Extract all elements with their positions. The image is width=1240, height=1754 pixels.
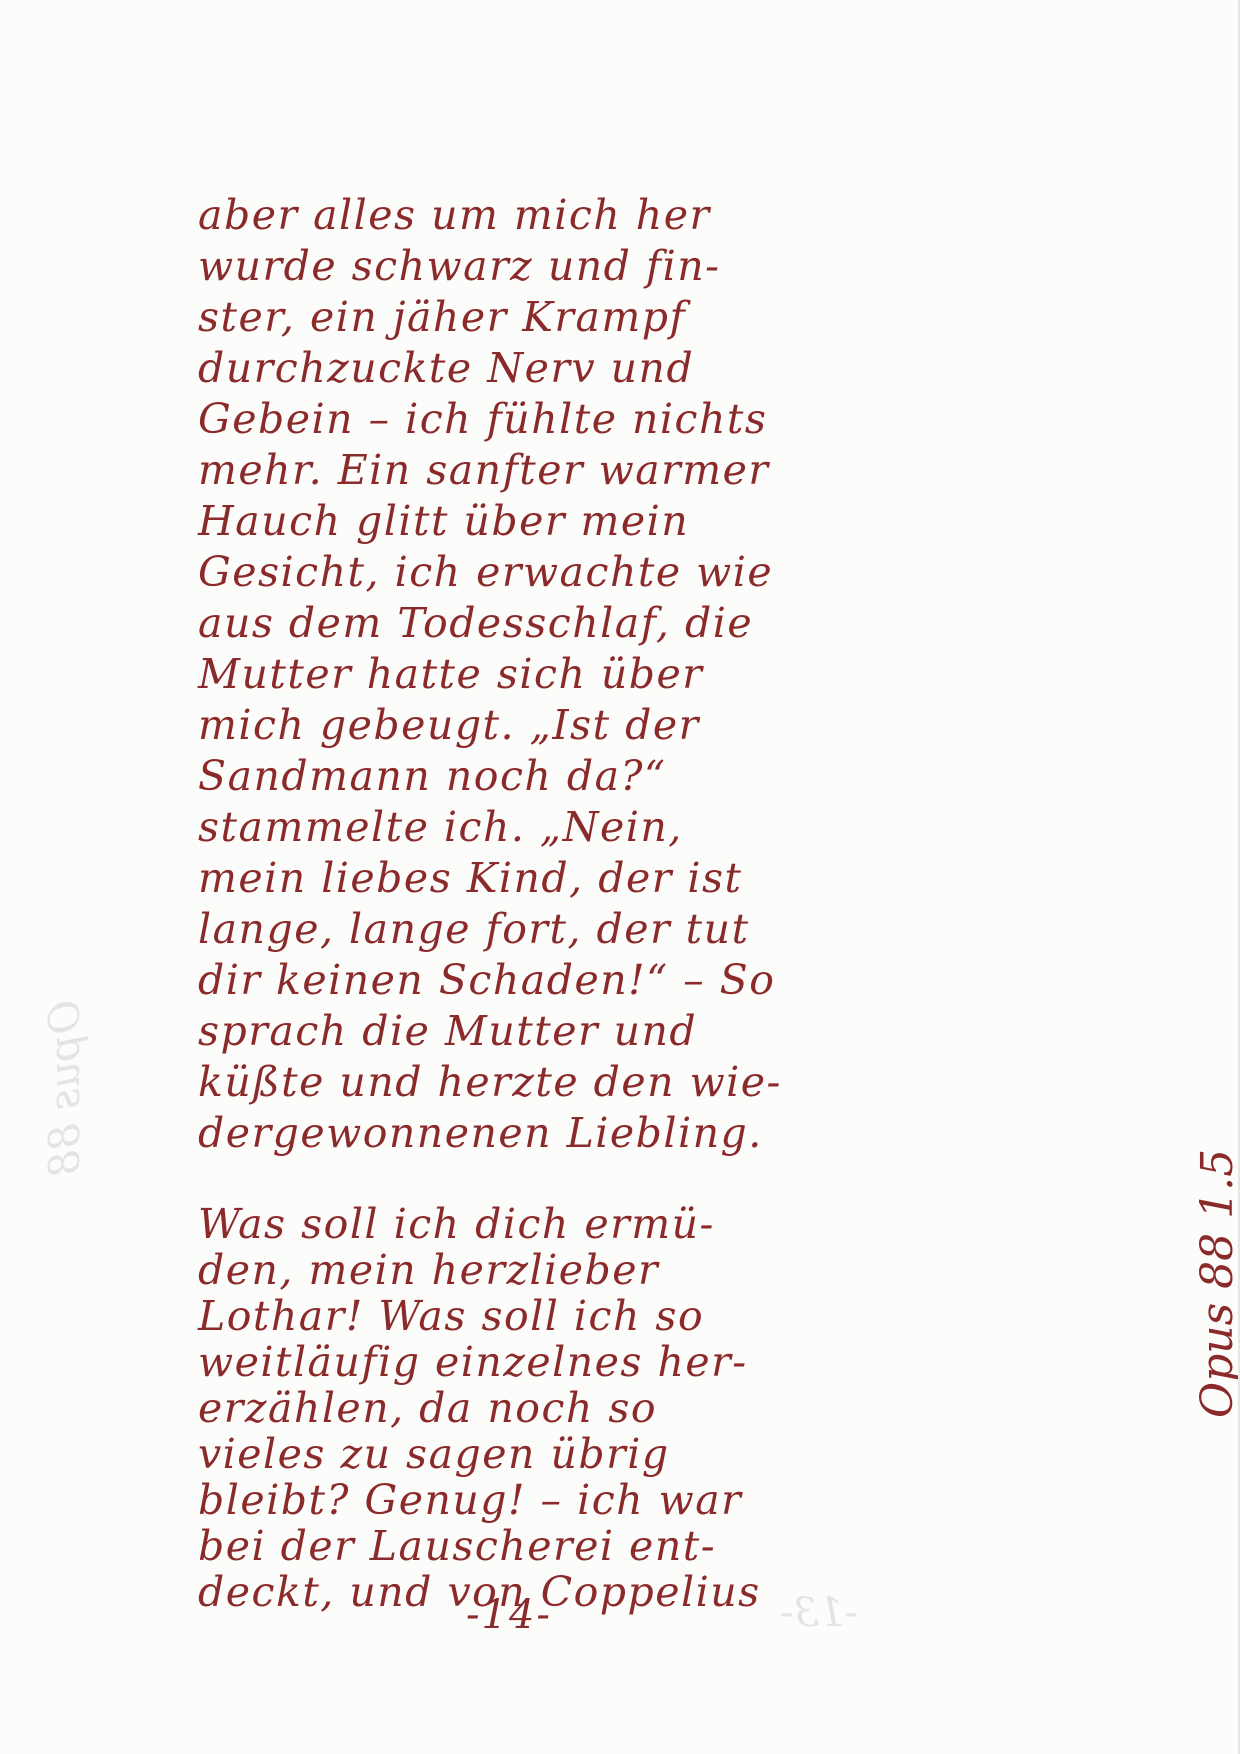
text-line: sprach die Mutter und	[198, 1006, 1118, 1057]
page-number: -14-	[466, 1592, 552, 1638]
text-line: bleibt? Genug! – ich war	[198, 1477, 1118, 1523]
text-line: aus dem Todesschlaf, die	[198, 598, 1118, 649]
text-line: bei der Lauscherei ent-	[198, 1523, 1118, 1569]
text-line: erzählen, da noch so	[198, 1385, 1118, 1431]
text-line: durchzuckte Nerv und	[198, 343, 1118, 394]
text-line: Hauch glitt über mein	[198, 496, 1118, 547]
text-line: Lothar! Was soll ich so	[198, 1293, 1118, 1339]
handwritten-text-block: aber alles um mich her wurde schwarz und…	[198, 190, 1118, 1615]
text-line: wurde schwarz und fin-	[198, 241, 1118, 292]
text-line: stammelte ich. „Nein,	[198, 802, 1118, 853]
text-line: Gebein – ich fühlte nichts	[198, 394, 1118, 445]
margin-note-pen-annotation: Opus 88 1.5	[1192, 1149, 1240, 1418]
text-line: lange, lange fort, der tut	[198, 904, 1118, 955]
paragraph-2: Was soll ich dich ermü- den, mein herzli…	[198, 1201, 1118, 1615]
bleed-through-margin-note: Opus 88	[40, 1000, 89, 1177]
paragraph-1: aber alles um mich her wurde schwarz und…	[198, 190, 1118, 1159]
text-line: küßte und herzte den wie-	[198, 1057, 1118, 1108]
text-line: Sandmann noch da?“	[198, 751, 1118, 802]
text-line: mehr. Ein sanfter warmer	[198, 445, 1118, 496]
text-line: deckt, und von Coppelius	[198, 1569, 1118, 1615]
text-line: mein liebes Kind, der ist	[198, 853, 1118, 904]
text-line: mich gebeugt. „Ist der	[198, 700, 1118, 751]
text-line: Mutter hatte sich über	[198, 649, 1118, 700]
text-line: aber alles um mich her	[198, 190, 1118, 241]
text-line: vieles zu sagen übrig	[198, 1431, 1118, 1477]
text-line: Was soll ich dich ermü-	[198, 1201, 1118, 1247]
text-line: Gesicht, ich erwachte wie	[198, 547, 1118, 598]
text-line: den, mein herzlieber	[198, 1247, 1118, 1293]
manuscript-page: Opus 88 -13- aber alles um mich her wurd…	[0, 0, 1240, 1754]
text-line: dergewonnenen Liebling.	[198, 1108, 1118, 1159]
text-line: dir keinen Schaden!“ – So	[198, 955, 1118, 1006]
text-line: weitläufig einzelnes her-	[198, 1339, 1118, 1385]
text-line: ster, ein jäher Krampf	[198, 292, 1118, 343]
